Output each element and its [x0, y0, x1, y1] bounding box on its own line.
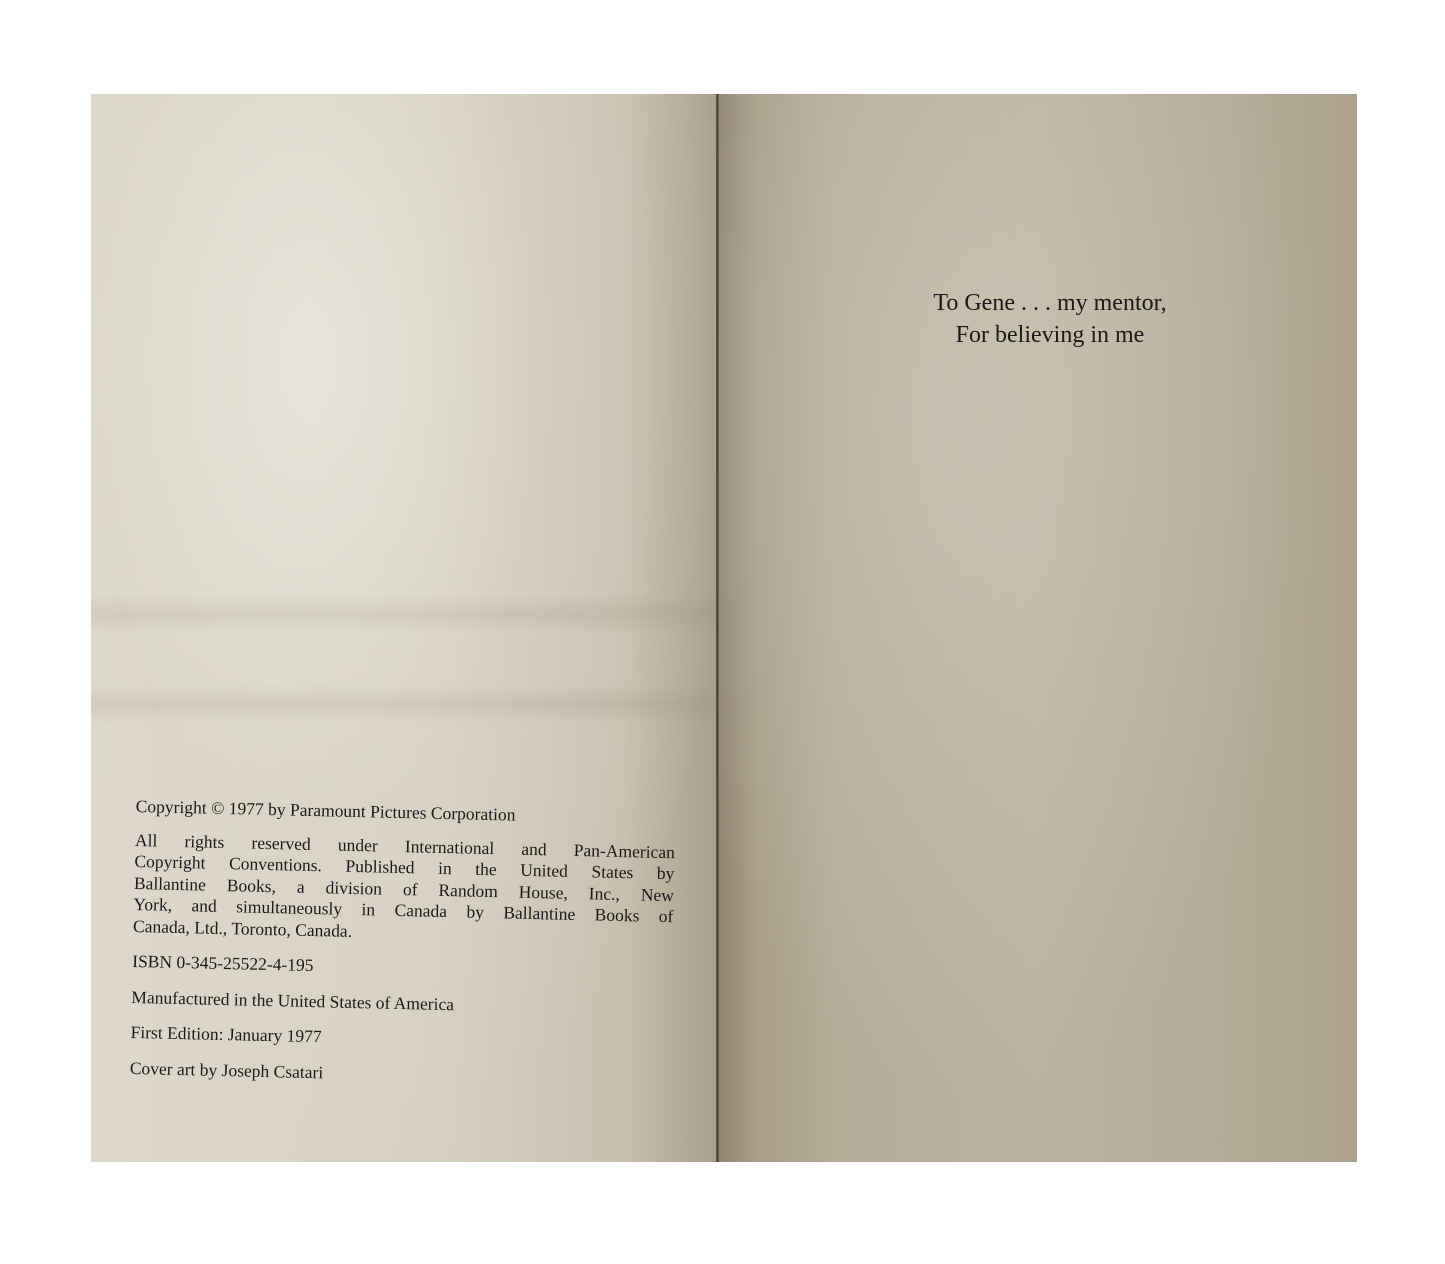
cover-art-credit: Cover art by Joseph Csatari [130, 1057, 670, 1091]
rights-paragraph: All rights reserved under International … [133, 829, 675, 949]
book-gutter [716, 94, 719, 1162]
right-page [719, 94, 1357, 1162]
isbn: ISBN 0-345-25522-4-195 [132, 951, 672, 985]
page-crease [91, 594, 719, 634]
dedication: To Gene . . . my mentor, For believing i… [880, 287, 1220, 351]
dedication-line: To Gene . . . my mentor, [880, 287, 1220, 319]
dedication-line: For believing in me [880, 319, 1220, 351]
edition-notice: First Edition: January 1977 [130, 1022, 670, 1056]
copyright-block: Copyright © 1977 by Paramount Pictures C… [129, 796, 676, 1105]
page-crease [91, 684, 719, 724]
manufactured-notice: Manufactured in the United States of Ame… [131, 986, 671, 1020]
